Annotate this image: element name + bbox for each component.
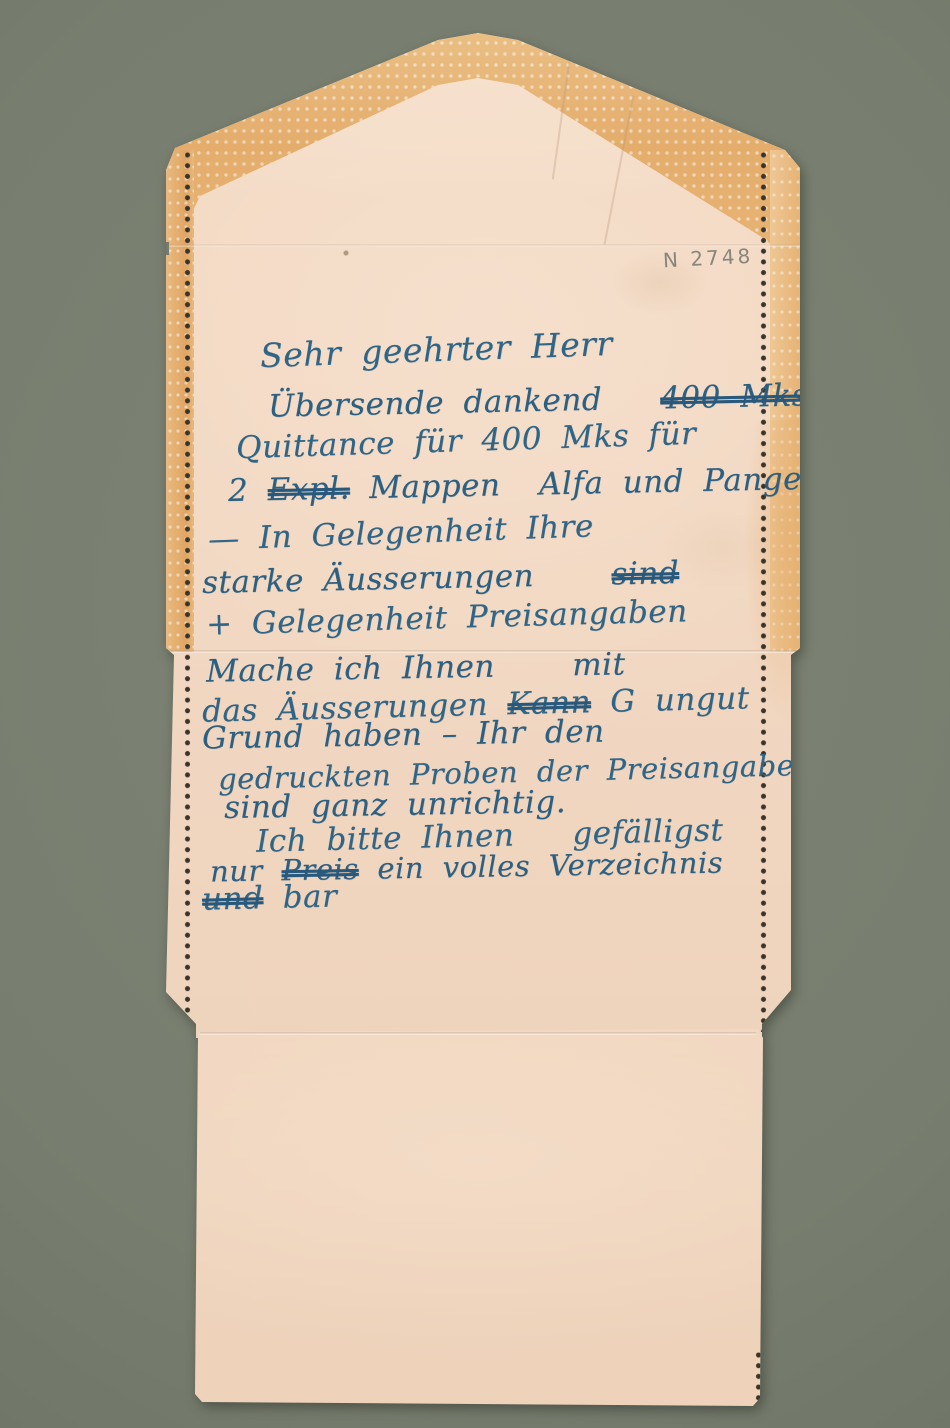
handwriting-segment: Grund haben – Ihr den xyxy=(202,713,605,756)
handwriting-line: — In Gelegenheit Ihre xyxy=(207,508,594,557)
photo-background: N 2748 Sehr geehrter Herr Übersende dank… xyxy=(0,0,950,1428)
handwriting-segment: starke Äusserungen xyxy=(202,556,612,601)
handwriting-line: Mache ich Ihnen mit xyxy=(206,646,626,689)
handwriting-line: Übersende dankend 400 Mks xyxy=(268,377,809,424)
handwriting-line: starke Äusserungen sind xyxy=(202,555,680,601)
handwriting-segment: ein volles Verzeichnis xyxy=(358,846,723,886)
handwriting-line: und bar xyxy=(202,878,338,917)
handwriting-line: Sehr geehrter Herr xyxy=(259,324,613,375)
handwriting-segment: — In Gelegenheit Ihre xyxy=(207,508,594,557)
handwriting-line: Grund haben – Ihr den xyxy=(202,713,605,756)
handwriting-segment: Mappen Alfa und Pange xyxy=(349,461,802,506)
handwriting-line: 2 Expl. Mappen Alfa und Pange xyxy=(228,461,803,509)
lettercard: N 2748 Sehr geehrter Herr Übersende dank… xyxy=(0,0,950,1428)
perforation-flap-right xyxy=(755,1350,762,1406)
handwriting-segment: 2 xyxy=(228,472,268,509)
handwriting-struck-segment: und xyxy=(202,880,264,917)
handwriting-struck-segment: sind xyxy=(611,555,679,592)
handwriting-segment: Sehr geehrter Herr xyxy=(259,324,613,375)
lettercard-body: N 2748 Sehr geehrter Herr Übersende dank… xyxy=(160,28,806,1038)
handwriting-segment: G ungut xyxy=(590,680,750,720)
handwritten-letter: Sehr geehrter Herr Übersende dankend 400… xyxy=(160,28,806,1038)
lettercard-bottom-flap xyxy=(192,1028,763,1408)
handwriting-segment: bar xyxy=(263,878,338,916)
handwriting-segment: + Gelegenheit Preisangaben xyxy=(206,593,688,642)
handwriting-struck-segment: Expl. xyxy=(267,470,350,508)
handwriting-struck-segment: 400 Mks xyxy=(660,377,809,416)
fold-crease-bottom xyxy=(200,1032,756,1035)
handwriting-segment: Mache ich Ihnen mit xyxy=(206,646,626,689)
handwriting-line: + Gelegenheit Preisangaben xyxy=(206,593,688,642)
